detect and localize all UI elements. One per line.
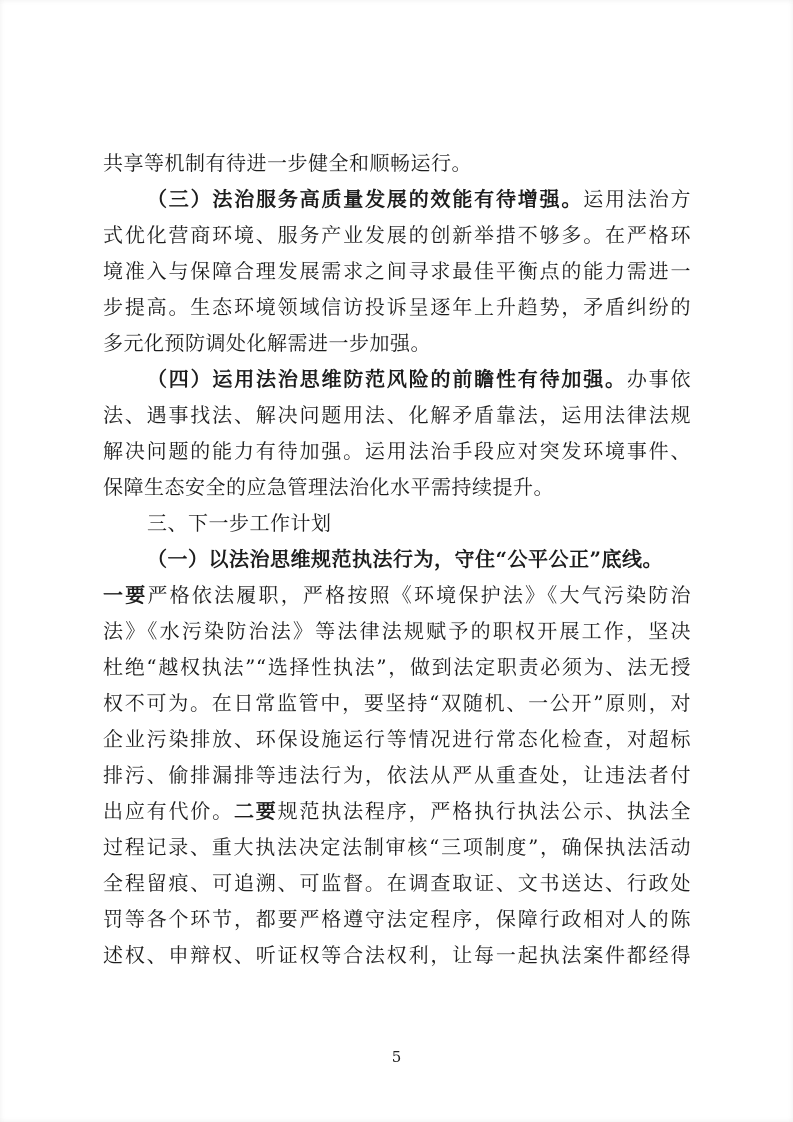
page-number: 5: [0, 1048, 793, 1066]
text-line: （四）运用法治思维防范风险的前瞻性有待加强。办事依: [103, 361, 691, 397]
text-line: 一要严格依法履职，严格按照《环境保护法》《大气污染防治: [103, 577, 691, 613]
document-page: { "page": { "number": "5", "background_c…: [0, 0, 793, 1122]
text-line: 保障生态安全的应急管理法治化水平需持续提升。: [103, 469, 691, 505]
bold-text-segment: 二要: [234, 799, 278, 823]
text-segment: 多元化预防调处化解需进一步加强。: [103, 331, 431, 355]
text-segment: 企业污染排放、环保设施运行等情况进行常态化检查，对超标: [103, 727, 691, 751]
text-segment: 法》《水污染防治法》等法律法规赋予的职权开展工作，坚决: [103, 619, 691, 643]
text-line: 述权、申辩权、听证权等合法权利，让每一起执法案件都经得: [103, 937, 691, 973]
text-segment: 解决问题的能力有待加强。运用法治手段应对突发环境事件、: [103, 439, 691, 463]
text-line: 多元化预防调处化解需进一步加强。: [103, 325, 691, 361]
text-line: 全程留痕、可追溯、可监督。在调查取证、文书送达、行政处: [103, 865, 691, 901]
text-line: 境准入与保障合理发展需求之间寻求最佳平衡点的能力需进一: [103, 253, 691, 289]
text-segment: 过程记录、重大执法决定法制审核“三项制度”，确保执法活动: [103, 835, 691, 859]
text-line: （三）法治服务高质量发展的效能有待增强。运用法治方: [103, 181, 691, 217]
text-line: 式优化营商环境、服务产业发展的创新举措不够多。在严格环: [103, 217, 691, 253]
text-line: 出应有代价。二要规范执法程序，严格执行执法公示、执法全: [103, 793, 691, 829]
bold-text-segment: 一要: [103, 583, 147, 607]
text-segment: 法、遇事找法、解决问题用法、化解矛盾靠法，运用法律法规: [103, 403, 691, 427]
text-line: 权不可为。在日常监管中，要坚持“双随机、一公开”原则，对: [103, 685, 691, 721]
text-line: 罚等各个环节，都要严格遵守法定程序，保障行政相对人的陈: [103, 901, 691, 937]
text-line: 解决问题的能力有待加强。运用法治手段应对突发环境事件、: [103, 433, 691, 469]
text-segment: 保障生态安全的应急管理法治化水平需持续提升。: [103, 475, 554, 499]
text-line: 共享等机制有待进一步健全和顺畅运行。: [103, 145, 691, 181]
text-segment: 三、下一步工作计划: [147, 511, 332, 535]
text-line: 法、遇事找法、解决问题用法、化解矛盾靠法，运用法律法规: [103, 397, 691, 433]
text-segment: 办事依: [627, 367, 691, 391]
text-line: 企业污染排放、环保设施运行等情况进行常态化检查，对超标: [103, 721, 691, 757]
text-segment: 全程留痕、可追溯、可监督。在调查取证、文书送达、行政处: [103, 871, 691, 895]
text-segment: 罚等各个环节，都要严格遵守法定程序，保障行政相对人的陈: [103, 907, 691, 931]
section-heading-line: 三、下一步工作计划: [103, 505, 691, 541]
text-line: 杜绝“越权执法”“选择性执法”，做到法定职责必须为、法无授: [103, 649, 691, 685]
text-segment: 杜绝“越权执法”“选择性执法”，做到法定职责必须为、法无授: [103, 655, 691, 679]
text-segment: 境准入与保障合理发展需求之间寻求最佳平衡点的能力需进一: [103, 259, 691, 283]
text-line: 排污、偷排漏排等违法行为，依法从严从重查处，让违法者付: [103, 757, 691, 793]
text-segment: 式优化营商环境、服务产业发展的创新举措不够多。在严格环: [103, 223, 691, 247]
text-line: 过程记录、重大执法决定法制审核“三项制度”，确保执法活动: [103, 829, 691, 865]
text-segment: 规范执法程序，严格执行执法公示、执法全: [278, 799, 691, 823]
text-segment: 共享等机制有待进一步健全和顺畅运行。: [103, 151, 472, 175]
text-segment: 运用法治方: [583, 187, 691, 211]
document-body: 共享等机制有待进一步健全和顺畅运行。（三）法治服务高质量发展的效能有待增强。运用…: [103, 145, 691, 973]
text-segment: 步提高。生态环境领域信访投诉呈逐年上升趋势，矛盾纠纷的: [103, 295, 691, 319]
subsection-heading-line: （一）以法治思维规范执法行为，守住“公平公正”底线。: [103, 541, 691, 577]
text-segment: 严格依法履职，严格按照《环境保护法》《大气污染防治: [147, 583, 691, 607]
bold-text-segment: （一）以法治思维规范执法行为，守住“公平公正”底线。: [147, 547, 663, 571]
text-segment: 述权、申辩权、听证权等合法权利，让每一起执法案件都经得: [103, 943, 691, 967]
text-segment: 出应有代价。: [103, 799, 234, 823]
bold-text-segment: （三）法治服务高质量发展的效能有待增强。: [147, 187, 583, 211]
bold-text-segment: （四）运用法治思维防范风险的前瞻性有待加强。: [147, 367, 627, 391]
text-line: 法》《水污染防治法》等法律法规赋予的职权开展工作，坚决: [103, 613, 691, 649]
text-segment: 排污、偷排漏排等违法行为，依法从严从重查处，让违法者付: [103, 763, 691, 787]
text-segment: 权不可为。在日常监管中，要坚持“双随机、一公开”原则，对: [103, 691, 691, 715]
text-line: 步提高。生态环境领域信访投诉呈逐年上升趋势，矛盾纠纷的: [103, 289, 691, 325]
